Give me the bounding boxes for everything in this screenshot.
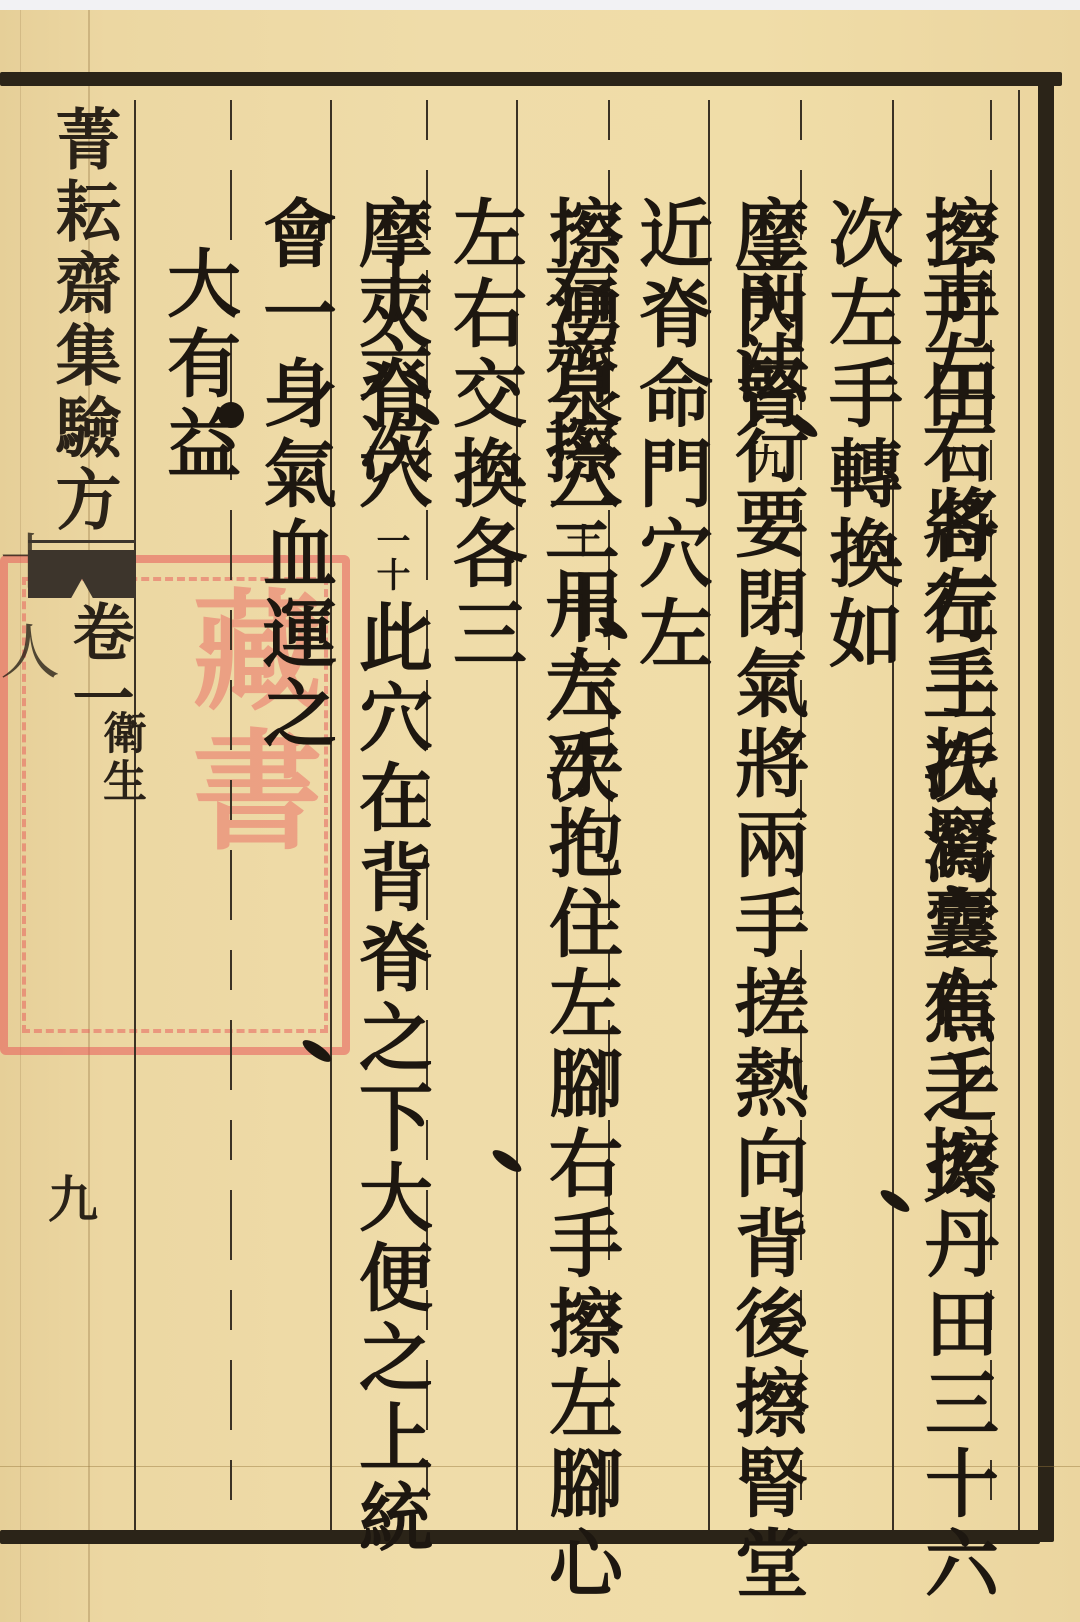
item-number-note: 九 <box>746 443 786 477</box>
book-title: 菁耘齋集驗方 <box>36 105 131 537</box>
frame-border-right <box>1038 80 1054 1542</box>
frame-border-top <box>0 72 1062 86</box>
column-heading: 摩內腎 <box>723 195 809 435</box>
text-column-6: 擦湧泉穴十用左手抱住左腳右手擦左腳心左右交換各三 <box>436 195 628 1622</box>
item-number-note: 一十 <box>370 523 410 591</box>
text-column-4: 摩內腎九要閉氣將兩手搓熱向背後擦腎堂近脊命門穴左 <box>622 195 814 1622</box>
text-column-8: 摩夾脊穴一十此穴在背脊之下大便之上統會一身氣血運之 <box>246 195 438 1622</box>
text-column-2: 擦丹田八將左手托腎囊右手擦丹田三十六次左手轉換如 <box>812 195 1004 1622</box>
column-heading: 擦丹田 <box>913 195 999 435</box>
section-label: 衛生 <box>88 710 152 806</box>
text-column-9: 大有益 <box>150 245 246 485</box>
item-number-note: 八 <box>936 443 976 477</box>
fishtail-rule <box>28 540 136 543</box>
item-number-note: 十 <box>560 523 600 557</box>
page-number: 九 <box>48 1160 98 1232</box>
punctuation-dot <box>218 402 244 428</box>
frame-inner-rule <box>1018 90 1020 1530</box>
column-heading: 擦湧泉穴 <box>537 195 623 515</box>
column-text: 大有益 <box>155 245 241 485</box>
book-page: 藏書 十人 手左右各行三次瀉三焦之火 擦丹田八將左手托腎囊右手擦丹田三十六次左手… <box>0 10 1080 1622</box>
fold-rule <box>134 100 136 1530</box>
column-heading: 摩夾脊穴 <box>347 195 433 515</box>
